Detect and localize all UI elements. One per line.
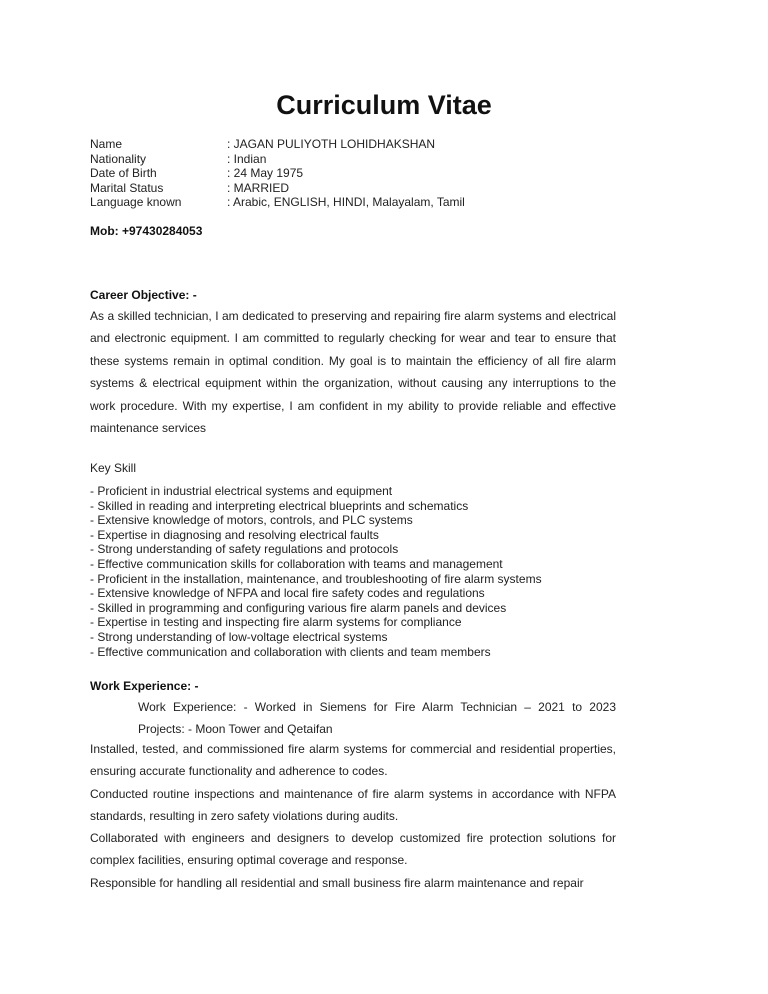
- info-row-dob: Date of Birth : 24 May 1975: [90, 166, 465, 181]
- skill-item: - Expertise in diagnosing and resolving …: [90, 528, 542, 543]
- cv-page: Curriculum Vitae Name : JAGAN PULIYOTH L…: [0, 0, 768, 994]
- info-value: : Indian: [227, 152, 266, 167]
- info-row-nationality: Nationality : Indian: [90, 152, 465, 167]
- skill-item: - Effective communication and collaborat…: [90, 645, 542, 660]
- duty-paragraph: Collaborated with engineers and designer…: [90, 827, 616, 872]
- info-value: : 24 May 1975: [227, 166, 303, 181]
- skill-item: - Proficient in the installation, mainte…: [90, 572, 542, 587]
- career-objective-text: As a skilled technician, I am dedicated …: [90, 305, 616, 439]
- info-value: : Arabic, ENGLISH, HINDI, Malayalam, Tam…: [227, 195, 465, 210]
- skill-item: - Skilled in programming and configuring…: [90, 601, 542, 616]
- key-skill-heading: Key Skill: [90, 461, 136, 475]
- info-value: : JAGAN PULIYOTH LOHIDHAKSHAN: [227, 137, 435, 152]
- info-value: : MARRIED: [227, 181, 289, 196]
- mobile-number: Mob: +97430284053: [90, 224, 202, 238]
- skill-item: - Strong understanding of safety regulat…: [90, 542, 542, 557]
- skill-item: - Skilled in reading and interpreting el…: [90, 499, 542, 514]
- info-row-languages: Language known : Arabic, ENGLISH, HINDI,…: [90, 195, 465, 210]
- info-label: Date of Birth: [90, 166, 227, 181]
- employment-line: Work Experience: - Worked in Siemens for…: [138, 700, 616, 714]
- personal-info: Name : JAGAN PULIYOTH LOHIDHAKSHAN Natio…: [90, 137, 465, 210]
- skill-item: - Effective communication skills for col…: [90, 557, 542, 572]
- duty-paragraph: Installed, tested, and commissioned fire…: [90, 738, 616, 783]
- skill-item: - Extensive knowledge of motors, control…: [90, 513, 542, 528]
- skill-item: - Strong understanding of low-voltage el…: [90, 630, 542, 645]
- skill-item: - Expertise in testing and inspecting fi…: [90, 615, 542, 630]
- info-row-name: Name : JAGAN PULIYOTH LOHIDHAKSHAN: [90, 137, 465, 152]
- document-title: Curriculum Vitae: [0, 90, 768, 121]
- skill-item: - Proficient in industrial electrical sy…: [90, 484, 542, 499]
- info-label: Name: [90, 137, 227, 152]
- info-label: Nationality: [90, 152, 227, 167]
- work-experience-heading: Work Experience: -: [90, 679, 198, 693]
- duty-paragraph: Conducted routine inspections and mainte…: [90, 783, 616, 828]
- skill-item: - Extensive knowledge of NFPA and local …: [90, 586, 542, 601]
- duty-paragraph: Responsible for handling all residential…: [90, 872, 616, 894]
- info-label: Marital Status: [90, 181, 227, 196]
- career-objective-heading: Career Objective: -: [90, 288, 197, 302]
- projects-line: Projects: - Moon Tower and Qetaifan: [138, 722, 333, 736]
- info-row-marital-status: Marital Status : MARRIED: [90, 181, 465, 196]
- info-label: Language known: [90, 195, 227, 210]
- key-skill-list: - Proficient in industrial electrical sy…: [90, 484, 542, 659]
